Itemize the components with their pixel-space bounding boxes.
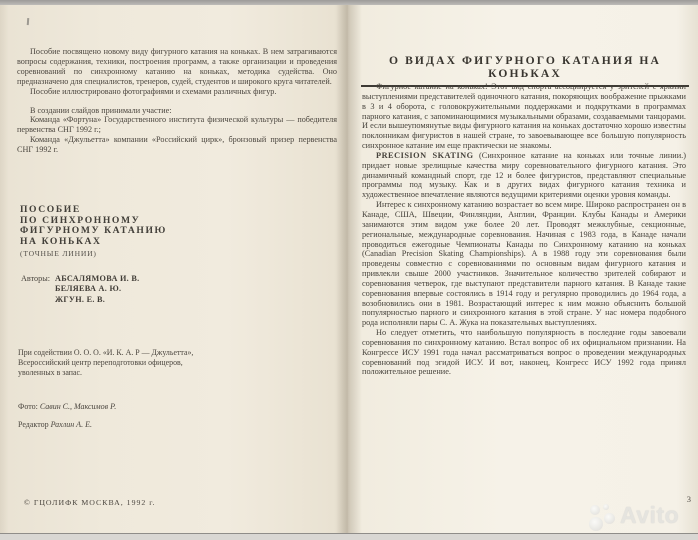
editor-credit: Редактор Рахлин А. Е. bbox=[18, 420, 92, 429]
avito-circle-icon bbox=[603, 504, 609, 510]
copyright-notice: © ГЦОЛИФК МОСКВА, 1992 г. bbox=[24, 498, 156, 507]
photo-edge-bottom bbox=[0, 533, 698, 540]
author-name: АБСАЛЯМОВА И. В. bbox=[55, 274, 139, 284]
book-title-lines: ПОСОБИЕ ПО СИНХРОННОМУ ФИГУРНОМУ КАТАНИЮ… bbox=[20, 204, 167, 247]
left-page: Пособие посвящено новому виду фигурного … bbox=[0, 5, 348, 533]
author-name: ЖГУН. Е. В. bbox=[55, 295, 139, 305]
chapter-body: Фигурное катание на коньках! Этот вид сп… bbox=[362, 82, 686, 377]
credit-item: Команда «Джульетта» компании «Российский… bbox=[17, 135, 337, 155]
intro-paragraph: Пособие посвящено новому виду фигурного … bbox=[17, 47, 337, 87]
book-subtitle: (ТОЧНЫЕ ЛИНИИ) bbox=[20, 249, 167, 260]
assistance-line: Всероссийский центр переподготовки офице… bbox=[18, 358, 218, 368]
annotation-block: Пособие посвящено новому виду фигурного … bbox=[17, 47, 337, 155]
avito-circle-icon bbox=[589, 517, 603, 531]
photo-credit: Фото: Савин С., Максимов Р. bbox=[18, 402, 116, 411]
editor-label: Редактор bbox=[18, 420, 49, 429]
authors-label: Авторы: bbox=[21, 274, 50, 305]
avito-watermark: Avito bbox=[589, 502, 693, 534]
avito-logo-icon bbox=[589, 504, 619, 532]
body-paragraph: Фигурное катание на коньках! Этот вид сп… bbox=[362, 82, 686, 151]
avito-watermark-text: Avito bbox=[620, 502, 679, 529]
assistance-note: При содействии О. О. О. «И. К. А. Р — Дж… bbox=[18, 348, 218, 377]
avito-circle-icon bbox=[590, 505, 600, 515]
assistance-line: уволенных в запас. bbox=[18, 368, 218, 378]
assistance-line: При содействии О. О. О. «И. К. А. Р — Дж… bbox=[18, 348, 218, 358]
editor-name: Рахлин А. Е. bbox=[51, 420, 92, 429]
body-paragraph: Интерес к синхронному катанию возрастает… bbox=[362, 200, 686, 328]
book-gutter-shadow bbox=[336, 5, 362, 533]
author-name: БЕЛЯЕВА А. Ю. bbox=[55, 284, 139, 294]
credits-heading: В создании слайдов принимали участие: bbox=[17, 106, 337, 116]
pen-mark bbox=[27, 18, 29, 25]
right-page: О ВИДАХ ФИГУРНОГО КАТАНИЯ НА КОНЬКАХ Фиг… bbox=[348, 5, 698, 533]
credit-item: Команда «Фортуна» Государственного инсти… bbox=[17, 115, 337, 135]
photo-credit-label: Фото: bbox=[18, 402, 38, 411]
book-title: ПОСОБИЕ ПО СИНХРОННОМУ ФИГУРНОМУ КАТАНИЮ… bbox=[20, 194, 167, 271]
precision-skating-lead: PRECISION SKATING bbox=[376, 151, 474, 160]
intro-paragraph: Пособие иллюстрировано фотографиями и сх… bbox=[17, 87, 337, 97]
book-photo: Пособие посвящено новому виду фигурного … bbox=[0, 0, 698, 540]
authors-block: Авторы: АБСАЛЯМОВА И. В. БЕЛЯЕВА А. Ю. Ж… bbox=[21, 274, 140, 305]
body-paragraph: Но следует отметить, что наибольшую попу… bbox=[362, 328, 686, 377]
avito-circle-icon bbox=[604, 513, 615, 524]
body-paragraph: PRECISION SKATING (Синхронное катание на… bbox=[362, 151, 686, 200]
photo-credit-names: Савин С., Максимов Р. bbox=[40, 402, 116, 411]
